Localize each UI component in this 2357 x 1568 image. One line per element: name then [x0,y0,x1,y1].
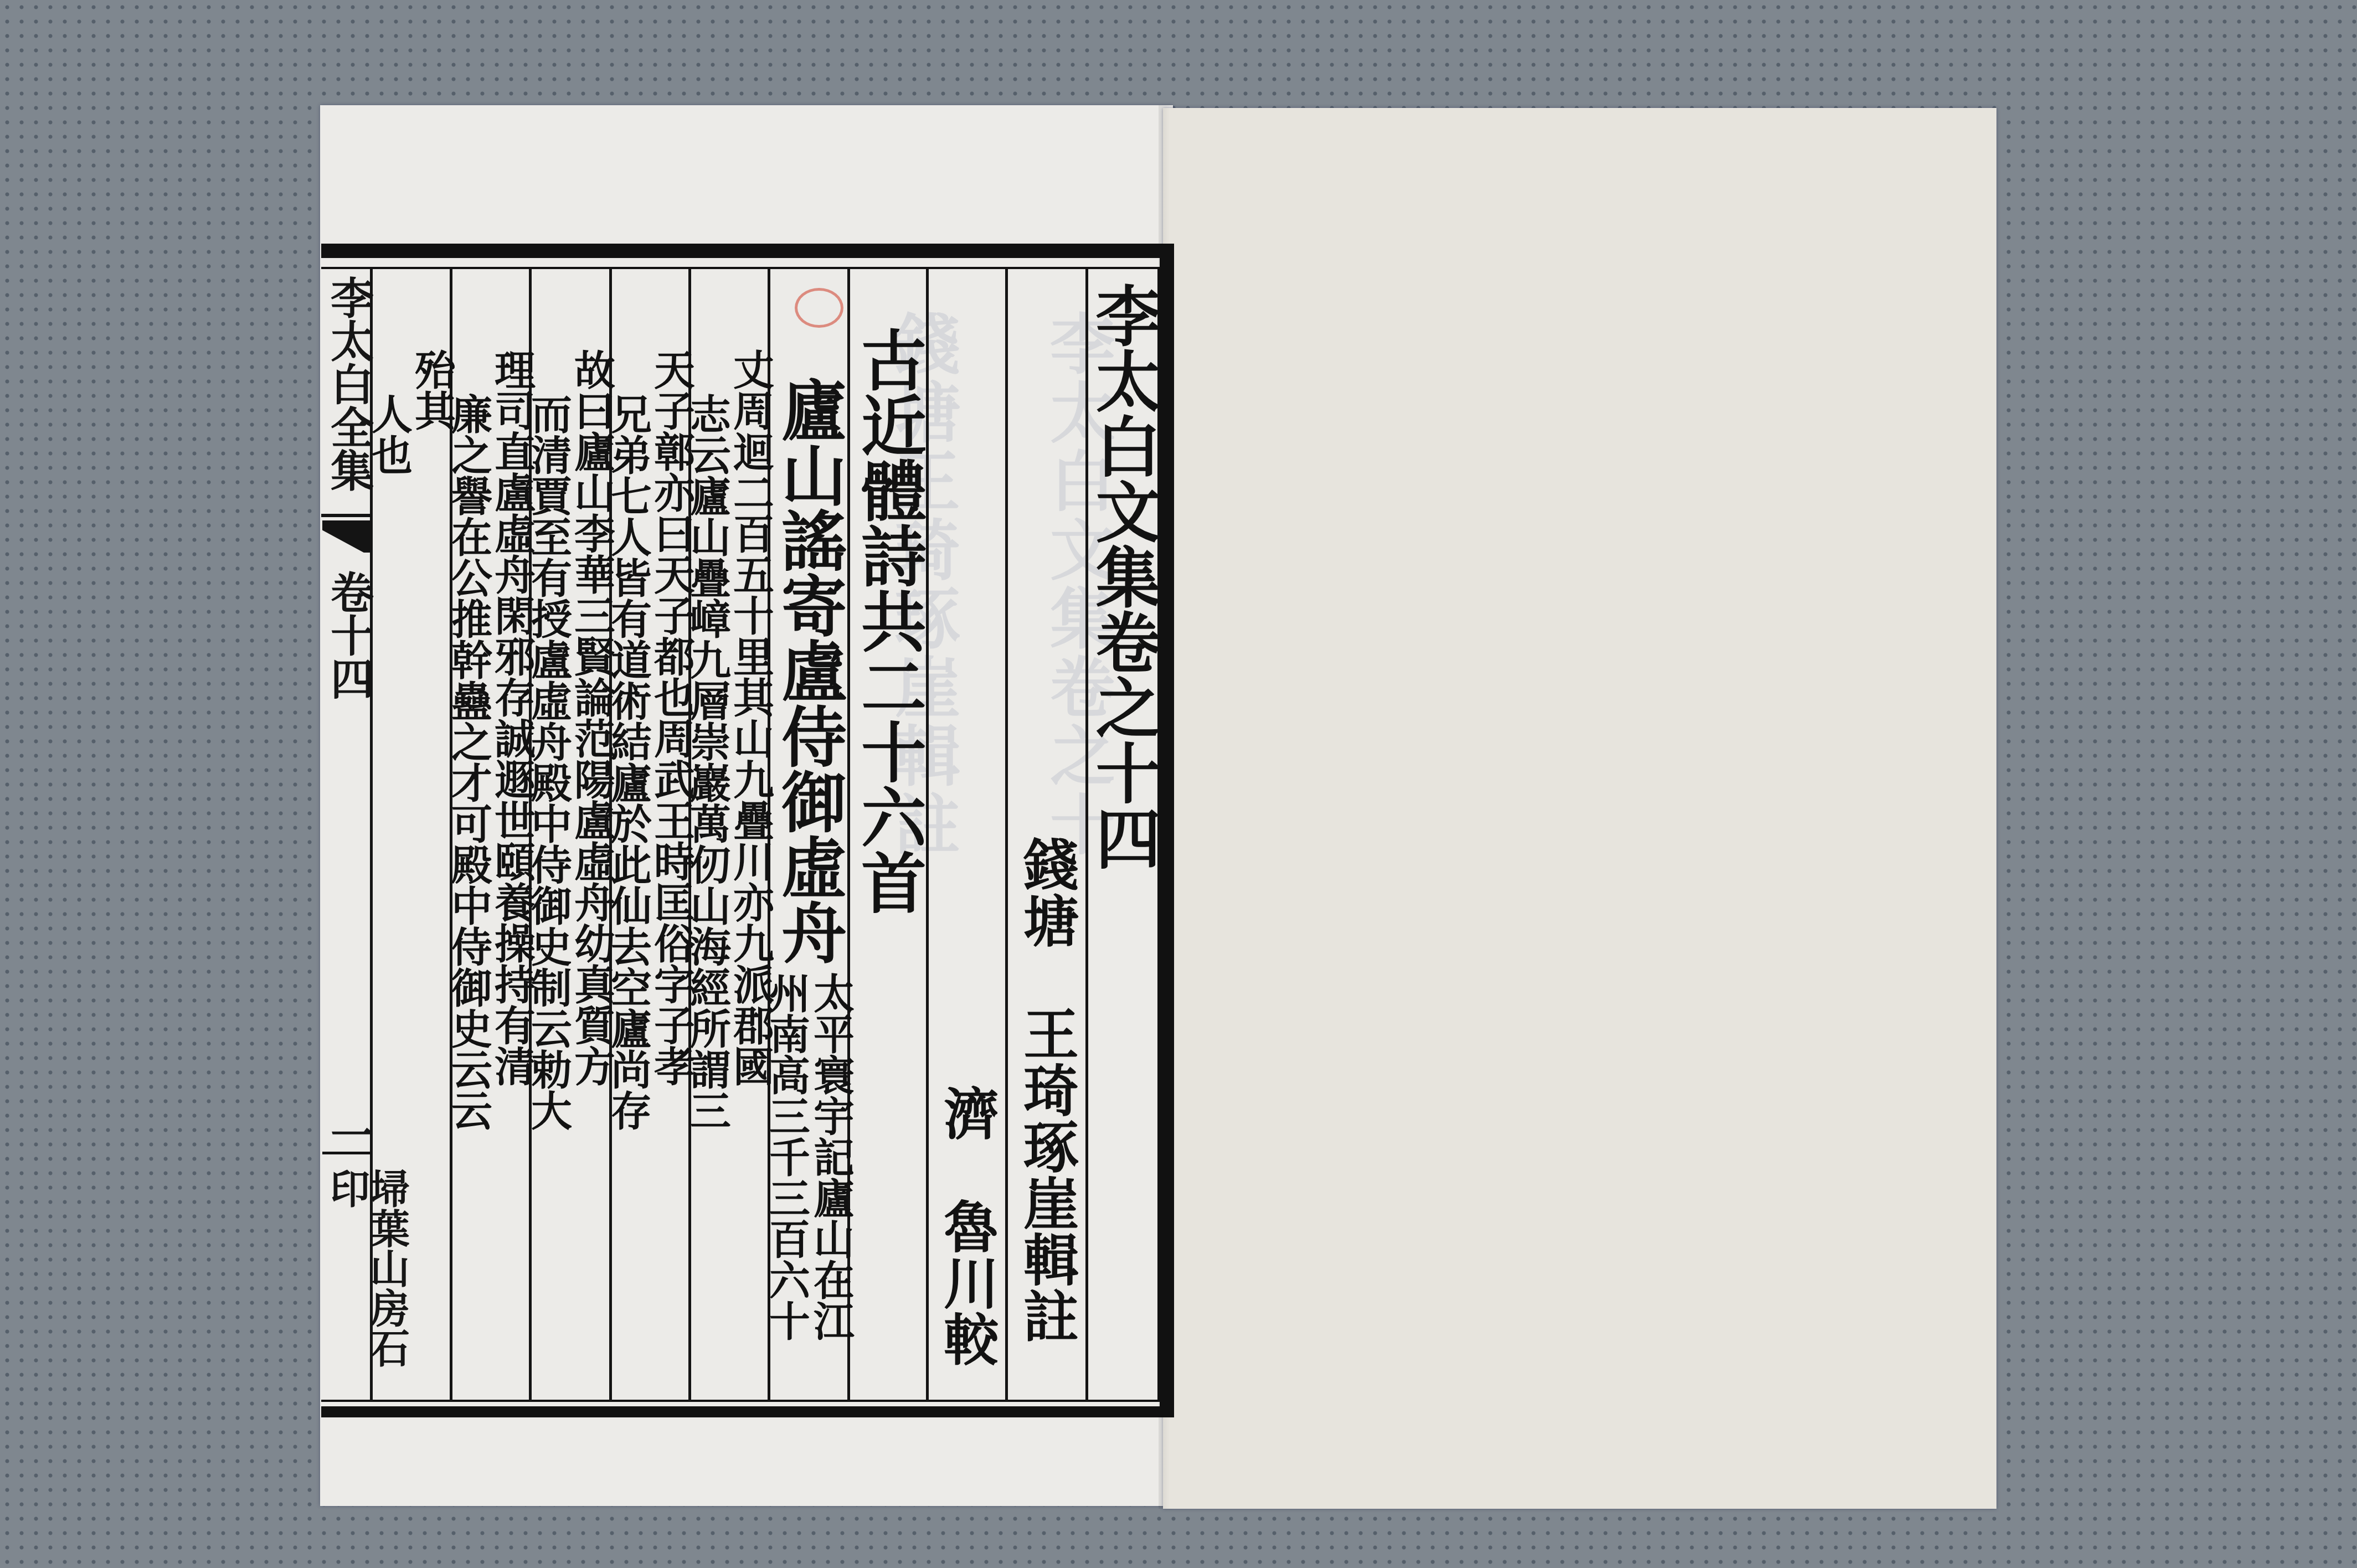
note-column-5: 殆其 人也 [372,271,449,1395]
right-page-blank [1163,108,1996,1509]
note-column-2: 天子鄣亦曰天子都也周武王時匡俗字子孝 兄弟七人皆有道術結廬於此仙去空廬尚存 [611,271,688,1395]
editor-attribution: 錢塘 王琦琢崖輯註 [1019,271,1074,1395]
fish-tail-rule [321,514,370,517]
poem-title-note: 太平寰宇記廬山在江 州南高三千三百六十 [766,972,851,1341]
margin-page-number: 一 [327,1113,370,1156]
margin-title: 李太白全集 [327,276,370,492]
margin-rule [322,1152,370,1154]
note-line: 丈周迴二百五十里其山九疊川亦九派郡國 [730,349,771,1395]
note-line: 殆其 [411,349,452,1395]
note-line: 廉之譽在公推幹蠱之才可殿中侍御史云云 [448,349,489,1395]
proofreader-attribution: 濟 魯川較 [939,271,995,1395]
note-line: 人也 [368,349,409,1395]
note-line: 理司直盧虛舟閑邪存誠遯世頤養操持有清 [491,349,532,1395]
note-line: 太平寰宇記廬山在江 [810,972,851,1341]
section-heading: 古近體詩共二十六首 [856,271,921,1395]
poem-title: 廬山謠寄盧侍御虛舟 [776,271,841,964]
volume-title-column: 李太白文集卷之十四 [1088,271,1157,1395]
note-column-1: 丈周迴二百五十里其山九疊川亦九派郡國 志云廬山疊嶂九層崇巖萬仞山海經所謂三 [691,271,767,1395]
note-line: 故曰廬山李華三賢論范陽盧虛舟幼真質方 [571,349,612,1395]
poem-title-column: 廬山謠寄盧侍御虛舟 太平寰宇記廬山在江 州南高三千三百六十 [770,271,847,1395]
note-line: 天子鄣亦曰天子都也周武王時匡俗字子孝 [651,349,692,1395]
section-heading-column: 古近體詩共二十六首 [850,271,927,1395]
book-margin-strip: 李太白全集 卷十四 一 埽葉山房石印 [325,271,369,1395]
margin-volume: 卷十四 [327,570,370,700]
proofreader-column: 濟 魯川較 [929,271,1005,1395]
editor-column: 錢塘 王琦琢崖輯註 [1008,271,1085,1395]
note-column-3: 故曰廬山李華三賢論范陽盧虛舟幼真質方 而清賈至有授盧虛舟殿中侍御史制云勅大 [532,271,608,1395]
volume-title: 李太白文集卷之十四 [1090,271,1156,1395]
note-column-4: 理司直盧虛舟閑邪存誠遯世頤養操持有清 廉之譽在公推幹蠱之才可殿中侍御史云云 [452,271,528,1395]
